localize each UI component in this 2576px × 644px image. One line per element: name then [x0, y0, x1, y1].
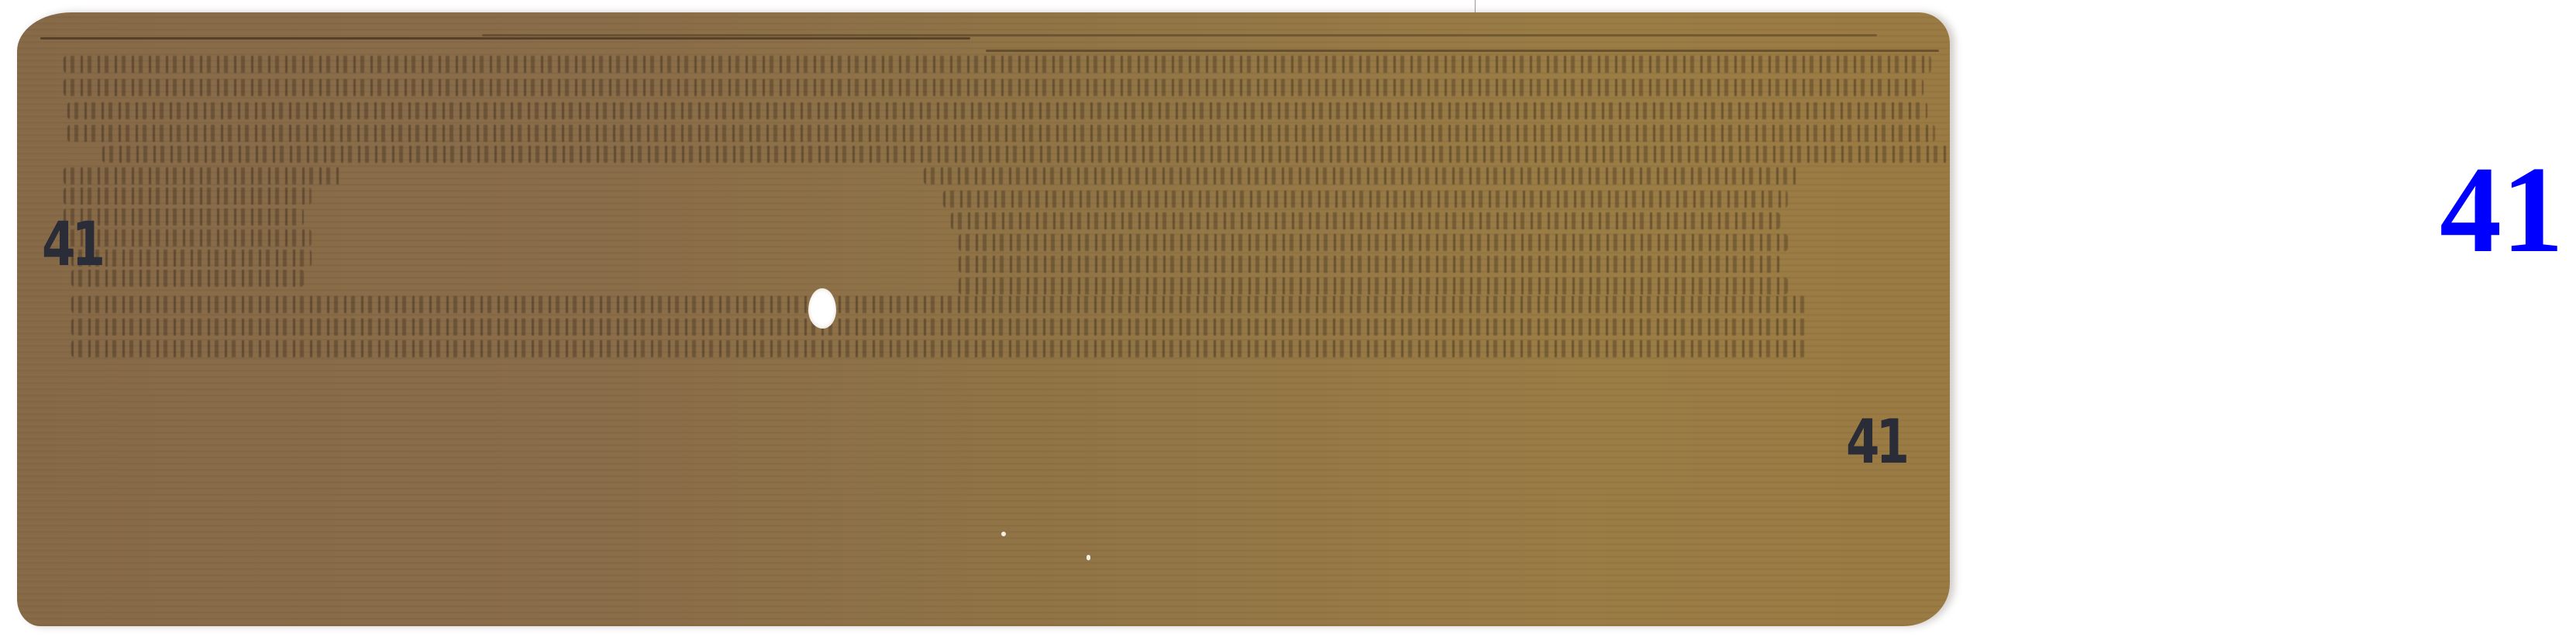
manuscript-text-line [924, 167, 1799, 184]
manuscript-text-line [71, 250, 312, 267]
scan-border-tick [1475, 0, 1476, 12]
manuscript-text-line [959, 256, 1780, 273]
leaf-speck [1087, 555, 1090, 560]
manuscript-text-line [64, 56, 1931, 73]
manuscript-text-line [71, 270, 304, 287]
manuscript-text-line [102, 146, 1950, 163]
manuscript-text-line [67, 125, 1935, 142]
manuscript-text-line [64, 79, 1923, 96]
leaf-groove [40, 37, 970, 40]
binding-hole [808, 288, 836, 329]
palm-leaf-folio: 41 41 [17, 12, 1950, 626]
leaf-groove [482, 34, 1877, 36]
manuscript-text-line [71, 340, 1807, 357]
manuscript-text-line [67, 102, 1927, 119]
manuscript-text-line [71, 319, 1807, 336]
manuscript-text-line [64, 167, 343, 184]
leaf-speck [1001, 532, 1006, 536]
manuscript-text-line [959, 277, 1788, 294]
manuscript-text-line [64, 188, 312, 205]
manuscript-text-line [951, 212, 1780, 229]
leaf-groove [986, 50, 1939, 52]
page-number-label: 41 [2440, 147, 2564, 271]
manuscript-text-line [943, 191, 1788, 208]
manuscript-text-line [71, 296, 1807, 313]
left-folio-number: 41 [42, 210, 102, 280]
manuscript-text-line [959, 234, 1788, 251]
right-folio-number: 41 [1846, 408, 1906, 477]
